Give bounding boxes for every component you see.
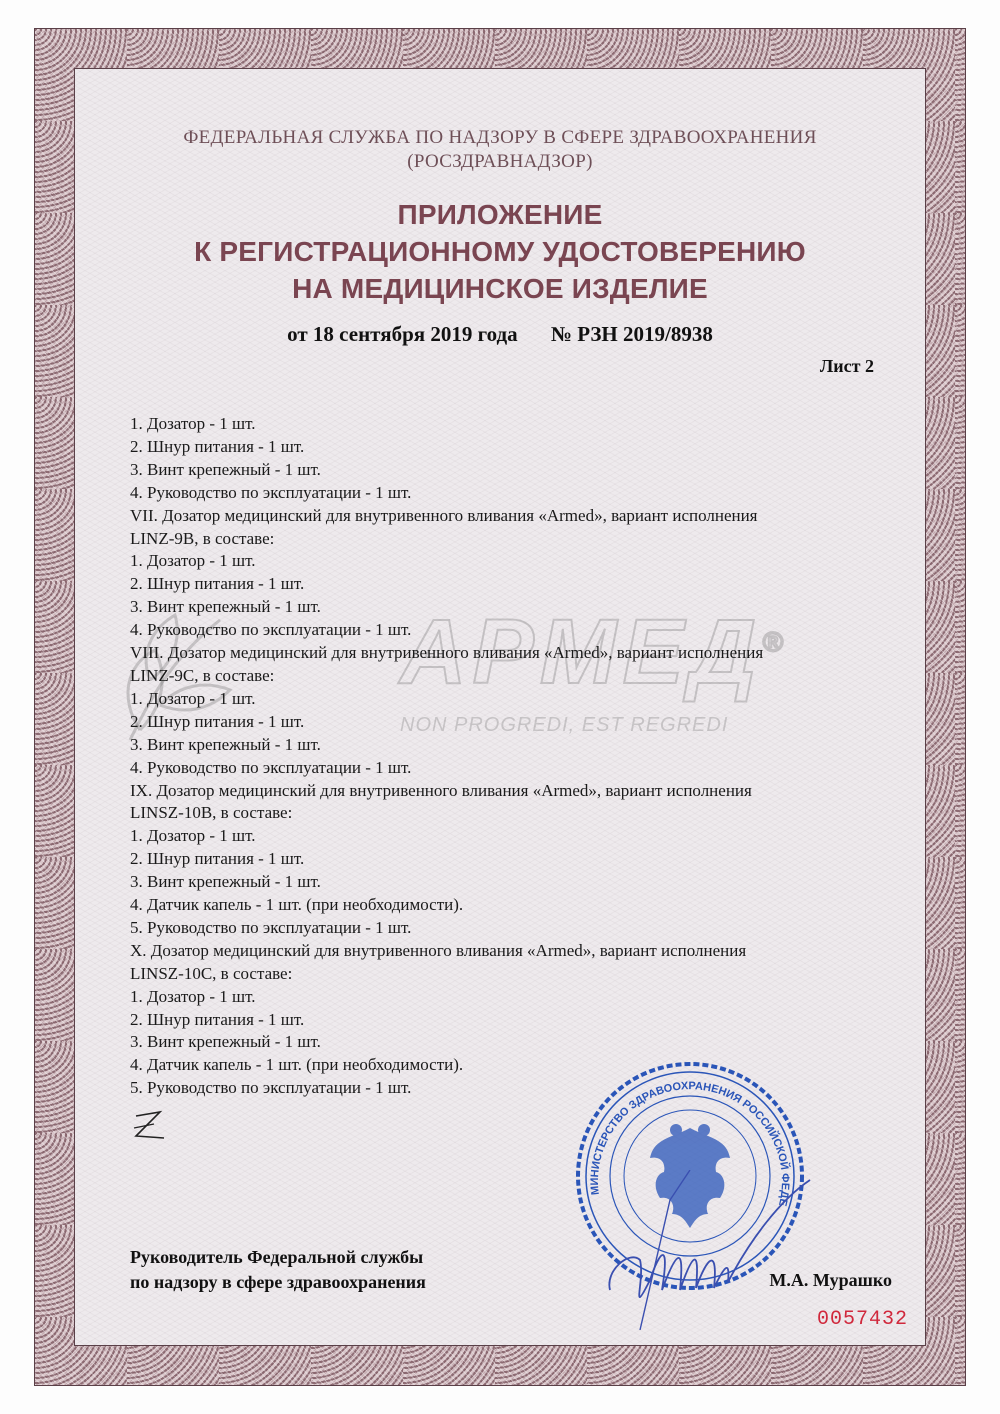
list-line: 4. Руководство по эксплуатации - 1 шт.	[130, 619, 890, 642]
registration-date: от 18 сентября 2019 года	[287, 322, 518, 346]
list-line: 3. Винт крепежный - 1 шт.	[130, 459, 890, 482]
list-line: 2. Шнур питания - 1 шт.	[130, 1009, 890, 1032]
list-line: LINSZ-10C, в составе:	[130, 963, 890, 986]
component-list: 1. Дозатор - 1 шт.2. Шнур питания - 1 шт…	[130, 413, 890, 1100]
list-line: 3. Винт крепежный - 1 шт.	[130, 1031, 890, 1054]
list-line: VII. Дозатор медицинский для внутривенно…	[130, 505, 890, 528]
list-line: IX. Дозатор медицинский для внутривенног…	[130, 780, 890, 803]
signer-title: Руководитель Федеральной службы по надзо…	[130, 1245, 426, 1295]
list-line: VIII. Дозатор медицинский для внутривенн…	[130, 642, 890, 665]
registration-number: № РЗН 2019/8938	[551, 322, 713, 346]
agency-header: ФЕДЕРАЛЬНАЯ СЛУЖБА ПО НАДЗОРУ В СФЕРЕ ЗД…	[0, 126, 1000, 174]
list-line: 5. Руководство по эксплуатации - 1 шт.	[130, 917, 890, 940]
sheet-number: Лист 2	[820, 356, 874, 377]
list-line: 3. Винт крепежный - 1 шт.	[130, 734, 890, 757]
list-line: 3. Винт крепежный - 1 шт.	[130, 596, 890, 619]
signer-title-line-1: Руководитель Федеральной службы	[130, 1245, 426, 1270]
list-line: X. Дозатор медицинский для внутривенного…	[130, 940, 890, 963]
list-line: LINZ-9C, в составе:	[130, 665, 890, 688]
agency-name: ФЕДЕРАЛЬНАЯ СЛУЖБА ПО НАДЗОРУ В СФЕРЕ ЗД…	[0, 126, 1000, 150]
agency-short-name: (РОСЗДРАВНАДЗОР)	[0, 150, 1000, 174]
list-line: 2. Шнур питания - 1 шт.	[130, 573, 890, 596]
list-line: 4. Руководство по эксплуатации - 1 шт.	[130, 757, 890, 780]
list-line: LINZ-9B, в составе:	[130, 528, 890, 551]
signer-title-line-2: по надзору в сфере здравоохранения	[130, 1270, 426, 1295]
list-line: 1. Дозатор - 1 шт.	[130, 825, 890, 848]
registration-line: от 18 сентября 2019 года № РЗН 2019/8938	[0, 322, 1000, 347]
title-line-2: К РЕГИСТРАЦИОННОМУ УДОСТОВЕРЕНИЮ	[0, 233, 1000, 270]
list-line: 1. Дозатор - 1 шт.	[130, 986, 890, 1009]
list-line: 1. Дозатор - 1 шт.	[130, 550, 890, 573]
list-line: 4. Руководство по эксплуатации - 1 шт.	[130, 482, 890, 505]
handwritten-signature	[600, 1170, 850, 1330]
handwritten-initials	[130, 1108, 170, 1150]
list-line: 1. Дозатор - 1 шт.	[130, 688, 890, 711]
list-line: 2. Шнур питания - 1 шт.	[130, 711, 890, 734]
signer-name: М.А. Мурашко	[769, 1270, 892, 1291]
title-line-1: ПРИЛОЖЕНИЕ	[0, 196, 1000, 233]
list-line: 2. Шнур питания - 1 шт.	[130, 436, 890, 459]
list-line: LINSZ-10B, в составе:	[130, 802, 890, 825]
list-line: 3. Винт крепежный - 1 шт.	[130, 871, 890, 894]
title-line-3: НА МЕДИЦИНСКОЕ ИЗДЕЛИЕ	[0, 270, 1000, 307]
list-line: 4. Датчик капель - 1 шт. (при необходимо…	[130, 894, 890, 917]
list-line: 2. Шнур питания - 1 шт.	[130, 848, 890, 871]
serial-number: 0057432	[817, 1308, 908, 1331]
document-title: ПРИЛОЖЕНИЕ К РЕГИСТРАЦИОННОМУ УДОСТОВЕРЕ…	[0, 196, 1000, 307]
list-line: 1. Дозатор - 1 шт.	[130, 413, 890, 436]
